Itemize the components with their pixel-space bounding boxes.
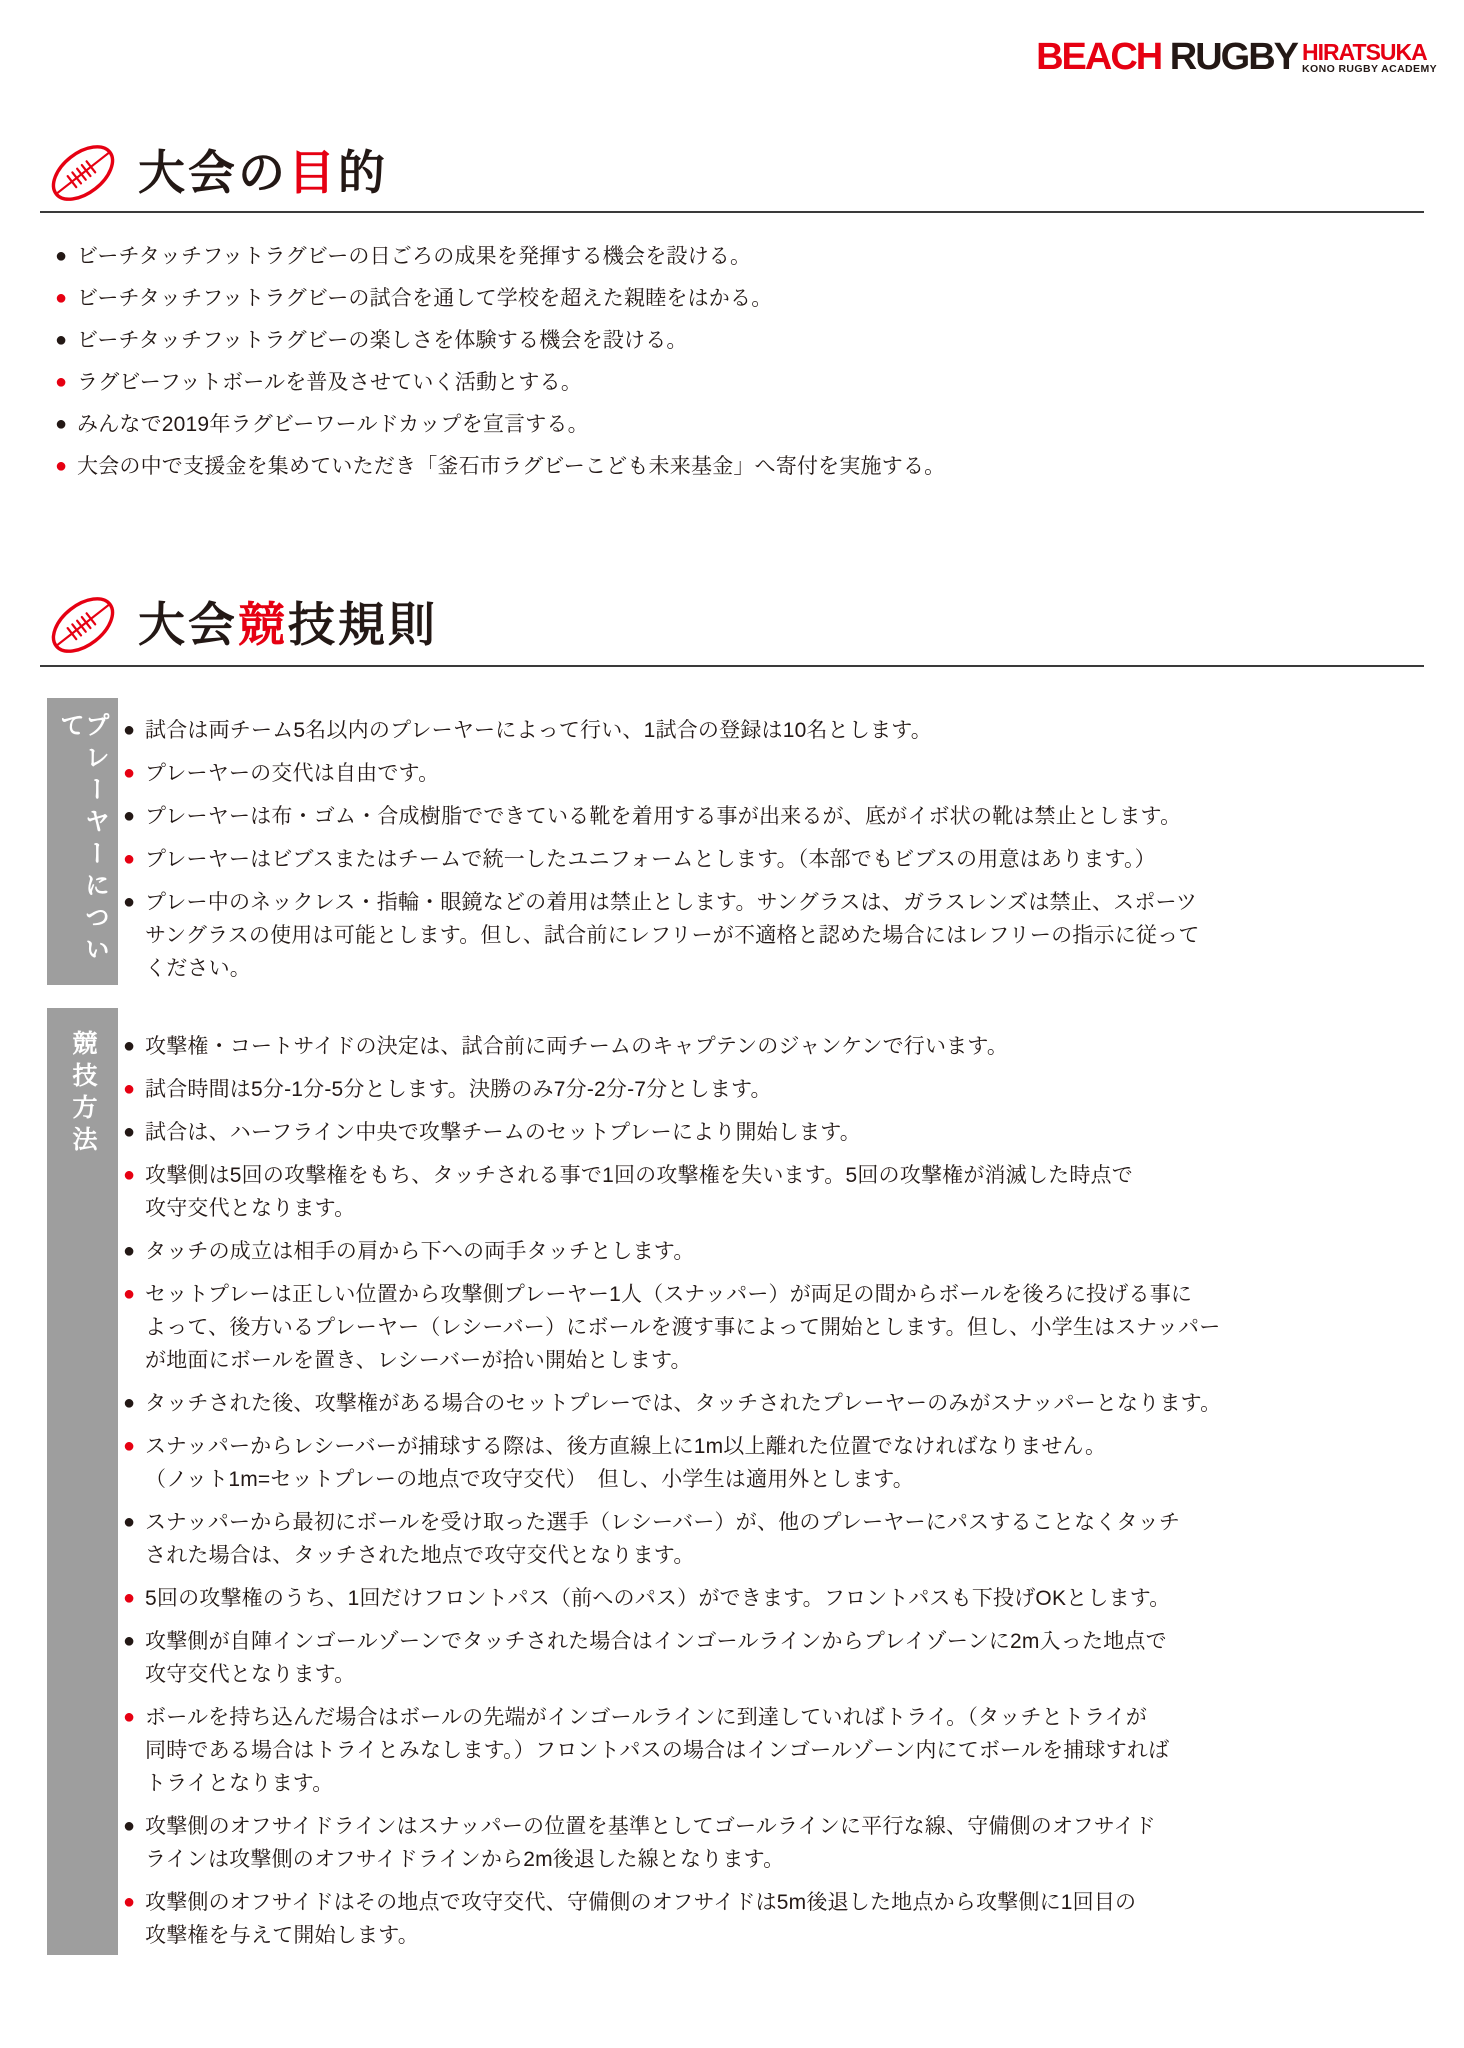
- side-label-players-text: プレーヤーについて: [58, 698, 108, 985]
- rule-item: タッチの成立は相手の肩から下への両手タッチとします。: [123, 1235, 1443, 1268]
- header-underline: [40, 211, 1424, 213]
- method-rule-list: 攻撃権・コートサイドの決定は、試合前に両チームのキャプテンのジャンケンで行います…: [123, 1030, 1443, 1962]
- title-text: 技規則: [288, 598, 438, 651]
- purpose-item: ラグビーフットボールを普及させていく活動とする。: [55, 366, 1405, 399]
- title-accent-text: 目: [288, 146, 338, 199]
- rule-item: 攻撃権・コートサイドの決定は、試合前に両チームのキャプテンのジャンケンで行います…: [123, 1030, 1443, 1063]
- side-label-method: 競技方法: [47, 1008, 118, 1955]
- purpose-item: ビーチタッチフットラグビーの楽しさを体験する機会を設ける。: [55, 324, 1405, 357]
- rule-item: 試合時間は5分-1分-5分とします。決勝のみ7分-2分-7分とします。: [123, 1073, 1443, 1106]
- rule-item: プレーヤーの交代は自由です。: [123, 757, 1443, 790]
- title-text: 大会: [138, 598, 238, 651]
- purpose-item: 大会の中で支援金を集めていただき「釜石市ラグビーこども未来基金」へ寄付を実施する…: [55, 450, 1405, 483]
- rule-item: 試合は、ハーフライン中央で攻撃チームのセットプレーにより開始します。: [123, 1116, 1443, 1149]
- purpose-item: みんなで2019年ラグビーワールドカップを宣言する。: [55, 408, 1405, 441]
- purpose-list: ビーチタッチフットラグビーの日ごろの成果を発揮する機会を設ける。 ビーチタッチフ…: [55, 240, 1405, 492]
- brand-hiratsuka-text: HIRATSUKA: [1302, 42, 1427, 64]
- section-header-purpose: 大会の目的: [46, 140, 388, 206]
- brand-logo: BEACH RUGBY HIRATSUKA KONO RUGBY ACADEMY: [1036, 40, 1437, 75]
- header-underline: [40, 665, 1424, 667]
- rugby-ball-icon: [46, 140, 120, 206]
- title-accent-text: 競: [238, 598, 288, 651]
- brand-rugby-text: [1161, 36, 1170, 78]
- rule-item: プレーヤーは布・ゴム・合成樹脂でできている靴を着用する事が出来るが、底がイボ状の…: [123, 800, 1443, 833]
- section-header-rules: 大会競技規則: [46, 592, 438, 658]
- rule-item: セットプレーは正しい位置から攻撃側プレーヤー1人（スナッパー）が両足の間からボー…: [123, 1278, 1443, 1377]
- title-text: 大会の: [138, 146, 288, 199]
- rule-item: 攻撃側のオフサイドラインはスナッパーの位置を基準としてゴールラインに平行な線、守…: [123, 1810, 1443, 1876]
- rule-item: プレー中のネックレス・指輪・眼鏡などの着用は禁止とします。サングラスは、ガラスレ…: [123, 886, 1443, 985]
- rule-item: 5回の攻撃権のうち、1回だけフロントパス（前へのパス）ができます。フロントパスも…: [123, 1582, 1443, 1615]
- rugby-ball-icon: [46, 592, 120, 658]
- purpose-item: ビーチタッチフットラグビーの日ごろの成果を発揮する機会を設ける。: [55, 240, 1405, 273]
- rule-item: 攻撃側のオフサイドはその地点で攻守交代、守備側のオフサイドは5m後退した地点から…: [123, 1886, 1443, 1952]
- side-label-method-text: 競技方法: [70, 1008, 95, 1158]
- rule-item: ボールを持ち込んだ場合はボールの先端がインゴールラインに到達していればトライ。（…: [123, 1701, 1443, 1800]
- page-title-rules: 大会競技規則: [138, 593, 438, 657]
- rule-item: スナッパーから最初にボールを受け取った選手（レシーバー）が、他のプレーヤーにパス…: [123, 1506, 1443, 1572]
- rule-item: 攻撃側が自陣インゴールゾーンでタッチされた場合はインゴールラインからプレイゾーン…: [123, 1625, 1443, 1691]
- brand-sub-block: HIRATSUKA KONO RUGBY ACADEMY: [1302, 42, 1437, 75]
- side-label-players: プレーヤーについて: [47, 698, 118, 985]
- rule-item: タッチされた後、攻撃権がある場合のセットプレーでは、タッチされたプレーヤーのみが…: [123, 1387, 1443, 1420]
- players-rule-list: 試合は両チーム5名以内のプレーヤーによって行い、1試合の登録は10名とします。 …: [123, 714, 1443, 995]
- page-title-purpose: 大会の目的: [138, 141, 388, 205]
- brand-rugby-text: RUGBY: [1170, 36, 1297, 78]
- brand-academy-text: KONO RUGBY ACADEMY: [1302, 64, 1437, 75]
- brand-wordmark: BEACH RUGBY: [1036, 40, 1297, 75]
- purpose-item: ビーチタッチフットラグビーの試合を通して学校を超えた親睦をはかる。: [55, 282, 1405, 315]
- title-text: 的: [338, 146, 388, 199]
- rule-item: スナッパーからレシーバーが捕球する際は、後方直線上に1m以上離れた位置でなければ…: [123, 1430, 1443, 1496]
- document-page: BEACH RUGBY HIRATSUKA KONO RUGBY ACADEMY…: [0, 0, 1464, 2048]
- brand-beach-text: BEACH: [1036, 36, 1161, 78]
- rule-item: 試合は両チーム5名以内のプレーヤーによって行い、1試合の登録は10名とします。: [123, 714, 1443, 747]
- rule-item: 攻撃側は5回の攻撃権をもち、タッチされる事で1回の攻撃権を失います。5回の攻撃権…: [123, 1159, 1443, 1225]
- rule-item: プレーヤーはビブスまたはチームで統一したユニフォームとします。（本部でもビブスの…: [123, 843, 1443, 876]
